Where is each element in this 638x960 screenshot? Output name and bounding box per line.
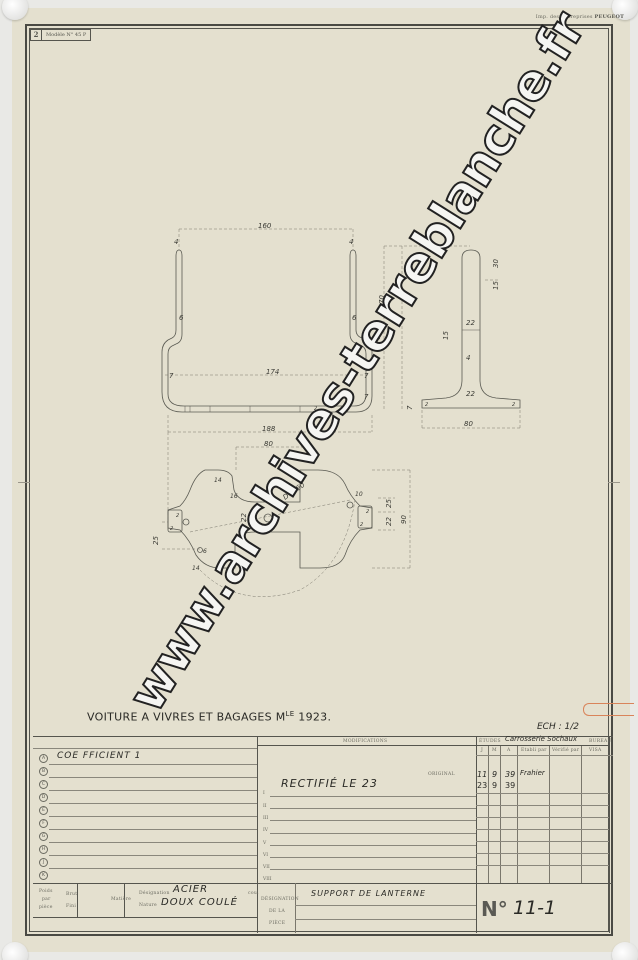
divider (476, 737, 477, 883)
col-m: M (492, 748, 497, 753)
row-letter-a: A (39, 754, 48, 763)
dim-2-right: 2 (512, 402, 515, 408)
material-label: Matière (111, 897, 131, 902)
divider (295, 905, 476, 906)
divider (500, 745, 501, 883)
divider (49, 829, 257, 830)
divider (270, 845, 476, 846)
dim-80-side: 80 (464, 420, 473, 428)
mod-row-v: V (263, 841, 266, 846)
dim-2-left: 2 (425, 402, 428, 408)
divider (581, 745, 582, 883)
divider (295, 919, 476, 920)
mod-row-vi: VI (263, 853, 268, 858)
col-etabli: Etabli par (521, 748, 547, 753)
divider (257, 745, 609, 746)
divider (476, 865, 609, 866)
col-visa: VISA (589, 748, 602, 753)
divider (476, 755, 613, 756)
etudes-value: Carrosserie Sochaux (505, 735, 577, 743)
divider (295, 883, 296, 933)
dim-25-left: 25 (152, 536, 160, 545)
dim-22-top: 22 (466, 319, 475, 327)
mod-row-iii: III (263, 816, 268, 821)
dim-10r: 10 (355, 491, 363, 498)
part-designation: SUPPORT DE LANTERNE (311, 889, 426, 898)
mod-row-vii: VII (263, 865, 270, 870)
material-designation: ACIER (173, 884, 208, 895)
dim-30: 30 (492, 259, 500, 268)
row-letter-g: G (39, 832, 48, 841)
mod-row-viii: VIII (263, 877, 272, 882)
material-suffix: coul (248, 891, 259, 896)
row2-m: 9 (492, 781, 497, 790)
divider (517, 745, 518, 883)
divider (270, 820, 476, 821)
row1-etabli: Frahier (520, 769, 545, 777)
row-letter-b: B (39, 767, 48, 776)
row2-a: 39 (505, 781, 515, 790)
row-letter-f: F (39, 819, 48, 828)
dim-25-right: 25 (385, 499, 393, 508)
divider (476, 883, 477, 933)
divider (609, 737, 610, 933)
row2-j: 23 (477, 781, 487, 790)
divider (49, 790, 257, 791)
weight-label-1: Poids (39, 889, 53, 894)
row-letter-h: H (39, 845, 48, 854)
divider (270, 796, 476, 797)
divider (476, 829, 609, 830)
divider (270, 857, 476, 858)
divider (49, 803, 257, 804)
dim-90: 90 (400, 515, 408, 524)
divider (77, 883, 78, 917)
divider (49, 816, 257, 817)
col-verifie: Vérifié par (552, 748, 579, 753)
divider (257, 737, 258, 933)
divider (49, 842, 257, 843)
divider (270, 808, 476, 809)
drawing-number: 11-1 (513, 897, 556, 919)
divider (476, 793, 609, 794)
etudes-label: ÉTUDES (479, 739, 501, 744)
divider (476, 817, 609, 818)
original-label: ORIGINAL (428, 772, 455, 777)
dim-22-right: 22 (385, 517, 393, 526)
divider (49, 777, 257, 778)
row1-j: 11 (477, 770, 487, 779)
row-letter-e: E (39, 806, 48, 815)
mod-row-ii: II (263, 804, 267, 809)
divider (33, 883, 613, 884)
dim-7-bottom-side: 7 (406, 405, 414, 410)
scale-note: ECH : 1/2 (537, 722, 579, 732)
row-letter-d: D (39, 793, 48, 802)
nature-label: Nature (139, 903, 157, 908)
dim-14: 14 (214, 477, 222, 484)
divider (49, 855, 257, 856)
coefficient-a-value: COE FFICIENT 1 (57, 751, 141, 761)
dim-4-side: 4 (466, 354, 470, 362)
weight-label-3: pièce (39, 905, 53, 910)
modification-i-value: RECTIFIÉ LE 23 (281, 777, 378, 790)
divider (488, 745, 489, 883)
designation-piece-label-1: DÉSIGNATION (261, 897, 299, 902)
dim-4-left: 4 (174, 238, 178, 246)
title-block: A B C D E F G H J K COE FFICIENT 1 MODIF… (33, 736, 613, 933)
material-nature: DOUX COULÉ (161, 897, 238, 908)
row-letter-c: C (39, 780, 48, 789)
divider (476, 805, 609, 806)
dim-2-a: 2 (176, 513, 179, 519)
bureau-label: BUREAU (589, 739, 612, 744)
weight-label-2: par (42, 897, 51, 902)
col-a: A (507, 748, 511, 753)
dim-15-mid: 15 (442, 331, 450, 340)
drawing-number-prefix: N° (481, 897, 508, 921)
dim-160: 160 (258, 222, 272, 230)
dim-2-c: 2 (366, 509, 369, 515)
divider (33, 917, 257, 918)
dim-188: 188 (262, 425, 276, 433)
dim-2-b: 2 (170, 526, 173, 532)
red-pencil-mark (583, 703, 634, 716)
dim-174: 174 (266, 368, 279, 376)
dim-2-d: 2 (360, 522, 363, 528)
designation-piece-label-3: PIÈCE (269, 921, 285, 926)
dim-6-left: 6 (179, 314, 184, 322)
row-letter-k: K (39, 871, 48, 880)
divider (33, 748, 257, 749)
divider (49, 764, 257, 765)
designation-piece-label-2: DE LA (269, 909, 285, 914)
divider (476, 841, 609, 842)
dim-22-bottom: 22 (466, 390, 475, 398)
designation-label: Désignation (139, 891, 170, 896)
weight-brut: Brut (66, 892, 77, 897)
weight-fini: Fini (66, 904, 76, 909)
row1-m: 9 (492, 770, 497, 779)
mod-row-i: I (263, 791, 265, 796)
title-year: 1923. (294, 711, 331, 724)
dim-15-side: 15 (492, 281, 500, 290)
row1-a: 39 (505, 770, 515, 779)
mod-row-iv: IV (263, 828, 268, 833)
dim-7-left: 7 (169, 372, 174, 380)
modifications-header: MODIFICATIONS (343, 739, 387, 744)
divider (476, 853, 609, 854)
divider (549, 745, 550, 883)
divider (270, 869, 476, 870)
vehicle-title: VOITURE A VIVRES ET BAGAGES MLE 1923. (87, 710, 331, 724)
dim-4-right: 4 (349, 238, 353, 246)
row-letter-j: J (39, 858, 48, 867)
divider (49, 868, 257, 869)
title-prefix: VOITURE A VIVRES ET BAGAGES M (87, 711, 286, 724)
col-j: J (481, 748, 483, 753)
divider (270, 833, 476, 834)
